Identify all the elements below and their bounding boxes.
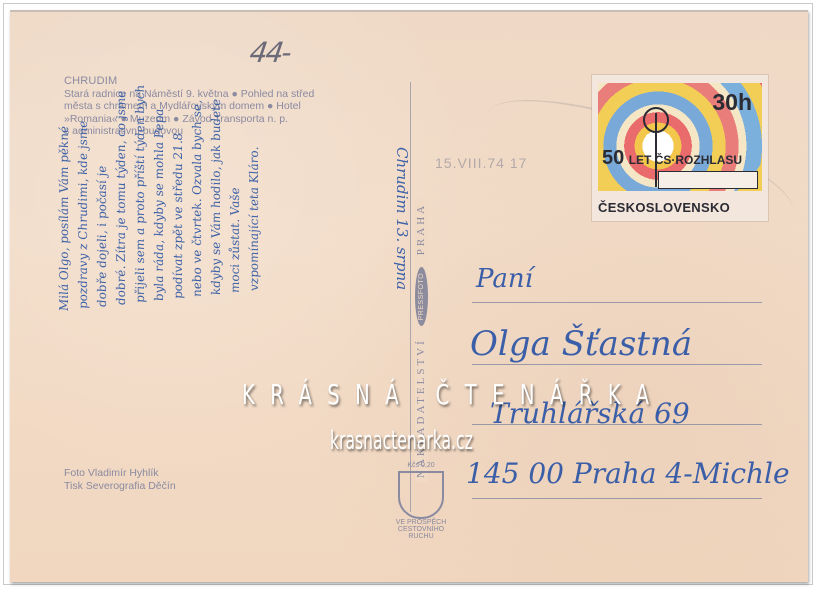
photo-credit: Foto Vladimír Hyhlík bbox=[64, 467, 176, 480]
anniversary-text: LET ČS·ROZHLASU bbox=[629, 153, 742, 167]
message-line: Milá Olgo, posílám Vám pěkné bbox=[55, 60, 74, 312]
stamp-artwork: 30h 50 LET ČS·ROZHLASU bbox=[598, 83, 762, 191]
postage-stamp: 30h 50 LET ČS·ROZHLASU ČESKOSLOVENSKO bbox=[592, 75, 768, 221]
message-line: dobře dojeli, i počasí je bbox=[93, 56, 112, 308]
message-line: moci zůstat. Vaše bbox=[226, 42, 245, 294]
message-line: podívat zpět ve středu 21.8 bbox=[169, 48, 188, 300]
postcard: 44- CHRUDIM Stará radnice na Náměstí 9. … bbox=[10, 10, 808, 582]
place-date: Chrudim 13. srpna bbox=[393, 147, 411, 290]
radio-receiver-icon bbox=[658, 171, 758, 189]
stamp-anniversary: 50 LET ČS·ROZHLASU bbox=[602, 147, 742, 170]
message-line: pozdravy z Chrudimi, kde jsme bbox=[74, 58, 93, 310]
message-line: přijeli sem a proto příští týden bych bbox=[131, 52, 150, 304]
address-line bbox=[472, 302, 762, 303]
stamp-country: ČESKOSLOVENSKO bbox=[598, 200, 730, 215]
charity-stamp: Kčs 0,20 VE PROSPĚCH CESTOVNÍHO RUCHU bbox=[392, 462, 450, 540]
pressfoto-logo-icon: PRESSFOTO bbox=[415, 267, 428, 327]
charity-price: Kčs 0,20 bbox=[392, 462, 450, 469]
watermark-title: KRÁSNÁ ČTENÁŘKA bbox=[242, 378, 664, 411]
watermark-url: krasnactenarka.cz bbox=[330, 426, 473, 456]
address-line bbox=[472, 364, 762, 365]
message-line: dobré. Zítra je tomu týden, co jsme bbox=[112, 54, 131, 306]
charity-text: VE PROSPĚCH CESTOVNÍHO RUCHU bbox=[392, 519, 450, 540]
message-line: kdyby se Vám hodilo, jak budete bbox=[207, 44, 226, 296]
castle-shield-icon bbox=[398, 471, 444, 519]
print-credits: Foto Vladimír Hyhlík Tisk Severografia D… bbox=[64, 467, 176, 493]
stamp-value: 30h bbox=[712, 89, 752, 116]
address-line bbox=[472, 498, 762, 499]
message-line: byla ráda, kdyby se mohla Pepa bbox=[150, 50, 169, 302]
handwritten-message: Milá Olgo, posílám Vám pěkné pozdravy z … bbox=[55, 40, 264, 312]
recipient-name: Olga Šťastná bbox=[470, 324, 692, 364]
address-line bbox=[472, 424, 762, 425]
message-line: nebo ve čtvrtek. Ozvala bych se, bbox=[188, 46, 207, 298]
print-credit: Tisk Severografia Děčín bbox=[64, 480, 176, 493]
postmark-date: 15.VIII.74 17 bbox=[435, 155, 527, 171]
address-salutation: Paní bbox=[476, 264, 533, 294]
message-line: vzpomínající teta Kláro. bbox=[245, 40, 264, 292]
address-city: 145 00 Praha 4-Michle bbox=[466, 457, 790, 490]
anniversary-number: 50 bbox=[602, 147, 624, 169]
antenna-dish-icon bbox=[643, 107, 669, 133]
publisher-right: PRAHA bbox=[415, 203, 427, 255]
